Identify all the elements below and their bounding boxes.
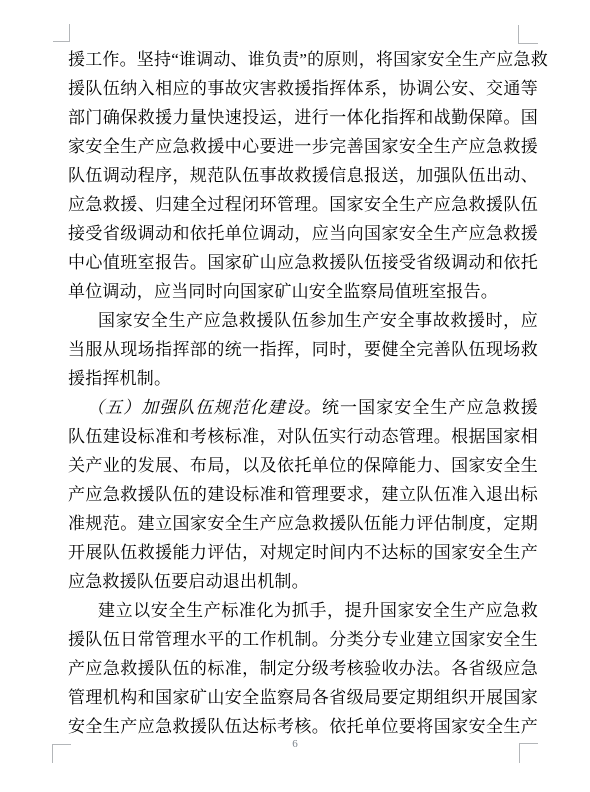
body-text-run: 援指挥机制。 [68,369,171,388]
text-boundary-mark-top-left [53,24,70,42]
text-line: 安全生产应急救援队伍达标考核。依托单位要将国家安全生产 [68,712,538,741]
text-line: 关产业的发展、布局，以及依托单位的保障能力、国家安全生 [68,451,538,480]
body-text-run: 应急救援、归建全过程闭环管理。国家安全生产应急救援队伍 [68,195,538,214]
body-text-run: 队伍建设标准和考核标准，对队伍实行动态管理。根据国家相 [68,427,538,446]
text-line: 应急救援、归建全过程闭环管理。国家安全生产应急救援队伍 [68,190,538,219]
text-line: 单位调动，应当同时向国家矿山安全监察局值班室报告。 [68,277,538,306]
body-text-run: 管理机构和国家矿山安全监察局各省级局要定期组织开展国家 [68,688,538,707]
body-text-run: 安全生产应急救援队伍达标考核。依托单位要将国家安全生产 [68,717,538,736]
body-text-run: 援工作。坚持“谁调动、谁负责”的原则，将国家安全生产应急救 [68,50,548,69]
text-line: 准规范。建立国家安全生产应急救援队伍能力评估制度，定期 [68,509,538,538]
document-body: 援工作。坚持“谁调动、谁负责”的原则，将国家安全生产应急救援队伍纳入相应的事故灾… [68,45,538,741]
text-boundary-mark-top-right [518,25,538,44]
text-line: 部门确保救援力量快速投运，进行一体化指挥和战勤保障。国 [68,103,538,132]
text-line: 应急救援队伍要启动退出机制。 [68,567,538,596]
body-text-run: 关产业的发展、布局，以及依托单位的保障能力、国家安全生 [68,456,538,475]
text-line: 管理机构和国家矿山安全监察局各省级局要定期组织开展国家 [68,683,538,712]
text-line: 队伍建设标准和考核标准，对队伍实行动态管理。根据国家相 [68,422,538,451]
body-text-run: 产应急救援队伍的标准，制定分级考核验收办法。各省级应急 [68,659,538,678]
body-text-run: 当服从现场指挥部的统一指挥，同时，要健全完善队伍现场救 [68,340,538,359]
body-text-run: 队伍调动程序，规范队伍事故救援信息报送，加强队伍出动、 [68,166,538,185]
text-line: 家安全生产应急救援中心要进一步完善国家安全生产应急救援 [68,132,538,161]
body-text-run: 建立以安全生产标准化为抓手，提升国家安全生产应急救 [98,601,538,620]
text-line: 开展队伍救援能力评估，对规定时间内不达标的国家安全生产 [68,538,538,567]
body-text-run: 统一国家安全生产应急救援 [322,398,538,417]
body-text-run: 援队伍纳入相应的事故灾害救援指挥体系，协调公安、交通等 [68,79,538,98]
body-text-run: 应急救援队伍要启动退出机制。 [68,572,309,591]
body-text-run: 国家安全生产应急救援队伍参加生产安全事故救援时，应 [98,311,538,330]
body-text-run: 准规范。建立国家安全生产应急救援队伍能力评估制度，定期 [68,514,538,533]
body-text-run: 接受省级调动和依托单位调动，应当向国家安全生产应急救援 [68,224,538,243]
page-number: 6 [0,738,590,750]
body-text-run: 中心值班室报告。国家矿山应急救援队伍接受省级调动和依托 [68,253,538,272]
text-line: 国家安全生产应急救援队伍参加生产安全事故救援时，应 [68,306,538,335]
text-line: 产应急救援队伍的标准，制定分级考核验收办法。各省级应急 [68,654,538,683]
body-text-run: 部门确保救援力量快速投运，进行一体化指挥和战勤保障。国 [68,108,538,127]
body-text-run: 开展队伍救援能力评估，对规定时间内不达标的国家安全生产 [68,543,538,562]
text-line: 中心值班室报告。国家矿山应急救援队伍接受省级调动和依托 [68,248,538,277]
text-line: 建立以安全生产标准化为抓手，提升国家安全生产应急救 [68,596,538,625]
body-text-run: 单位调动，应当同时向国家矿山安全监察局值班室报告。 [68,282,498,301]
text-line: 援工作。坚持“谁调动、谁负责”的原则，将国家安全生产应急救 [68,45,538,74]
text-line: 当服从现场指挥部的统一指挥，同时，要健全完善队伍现场救 [68,335,538,364]
body-text-run: 产应急救援队伍的建设标准和管理要求，建立队伍准入退出标 [68,485,538,504]
body-text-run: 家安全生产应急救援中心要进一步完善国家安全生产应急救援 [68,137,538,156]
text-line: 援指挥机制。 [68,364,538,393]
text-line: 援队伍纳入相应的事故灾害救援指挥体系，协调公安、交通等 [68,74,538,103]
text-line: （五）加强队伍规范化建设。统一国家安全生产应急救援 [68,393,538,422]
text-line: 队伍调动程序，规范队伍事故救援信息报送，加强队伍出动、 [68,161,538,190]
text-line: 援队伍日常管理水平的工作机制。分类分专业建立国家安全生 [68,625,538,654]
body-text-run: 援队伍日常管理水平的工作机制。分类分专业建立国家安全生 [68,630,538,649]
kai-styled-text-run: （五）加强队伍规范化建设。 [87,398,322,417]
text-line: 接受省级调动和依托单位调动，应当向国家安全生产应急救援 [68,219,538,248]
text-line: 产应急救援队伍的建设标准和管理要求，建立队伍准入退出标 [68,480,538,509]
document-page: { "page": { "number": "6", "background_c… [0,0,590,792]
